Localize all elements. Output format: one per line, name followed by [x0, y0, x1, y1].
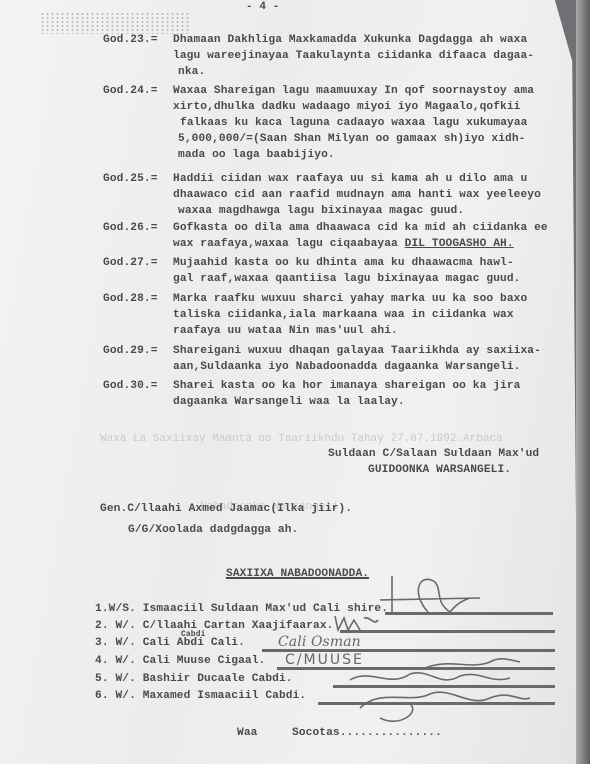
- signature-scribble: [380, 572, 520, 622]
- article-text: lagu wareejinayaa Taakulaynta ciidanka d…: [173, 50, 534, 62]
- handwritten-signature: C/MUUSE: [285, 652, 364, 668]
- signature-scribble: [330, 612, 390, 634]
- article-text: Sharei kasta oo ka hor imanaya shareigan…: [173, 380, 521, 392]
- article-text: xirto,dhulka dadku wadaago miyoi iyo Mag…: [173, 101, 521, 113]
- article-text: Shareigani wuxuu dhaqan galayaa Taariikh…: [173, 345, 541, 357]
- scan-noise: [40, 12, 190, 34]
- footer-prefix: Waa: [237, 727, 257, 739]
- article-text: aan,Suldaanka iyo Nabadoonadda dagaanka …: [173, 361, 521, 373]
- underlined-penalty: DIL TOOGASHO AH.: [405, 238, 514, 250]
- article-text: mada oo laga baabijiyo.: [178, 149, 335, 161]
- article-label: God.27.=: [103, 257, 158, 269]
- signatures-heading: SAXIIXA NABADOONADDA.: [226, 568, 369, 580]
- signature-scribble: [320, 668, 540, 728]
- article-text: nka.: [178, 66, 205, 78]
- article-text: 5,000,000/=(Saan Shan Milyan oo gamaax s…: [178, 133, 526, 145]
- signature-entry: 3. W/. Cali Abdi Cali.: [95, 637, 245, 649]
- article-label: God.25.=: [103, 173, 158, 185]
- signature-entry: 6. W/. Maxamed Ismaaciil Cabdi.: [95, 690, 306, 702]
- witness-name: Gen.C/llaahi Axmed Jaamac(Ilka jiir).: [100, 503, 352, 515]
- article-text: taliska ciidanka,iala markaana waa in ci…: [173, 309, 514, 321]
- article-label: God.28.=: [103, 293, 158, 305]
- article-label: God.29.=: [103, 345, 158, 357]
- article-text: waxaa magdhawga lagu bixinayaa magac guu…: [178, 205, 464, 217]
- signatory-title: GUIDOONKA WARSANGELI.: [368, 464, 511, 476]
- signature-entry: 2. W/. C/llaahi Cartan Xaajifaarax.: [95, 620, 334, 632]
- handwritten-signature: Cali Osman: [278, 634, 361, 650]
- article-text: falkaas ku kaca laguna cadaayo waxaa lag…: [180, 117, 528, 129]
- article-text: Haddii ciidan wax raafaya uu si kama ah …: [173, 173, 527, 185]
- article-label: God.23.=: [103, 34, 158, 46]
- article-text: Gofkasta oo dila ama dhaawaca cid ka mid…: [173, 222, 548, 234]
- witness-role: G/G/Xoolada dadgdagga ah.: [128, 524, 298, 536]
- bleed-through-text: Waxa La Saxiixay Maanta oo Taariikhdu Ta…: [100, 433, 503, 445]
- article-label: God.30.=: [103, 380, 158, 392]
- article-text: dagaanka Warsangeli waa la laalay.: [173, 396, 405, 408]
- article-text: Marka raafku wuxuu sharci yahay marka uu…: [173, 293, 527, 305]
- article-text: Dhamaan Dakhliga Maxkamadda Xukunka Dagd…: [173, 34, 527, 46]
- page-number: - 4 -: [246, 1, 280, 13]
- signatory-name: Suldaan C/Salaan Suldaan Max'ud: [328, 448, 539, 460]
- article-text: raafaya uu wataa Nin mas'uul ahi.: [173, 325, 398, 337]
- article-label: God.26.=: [103, 222, 158, 234]
- article-text-lead: wax raafaya,waxaa lagu ciqaabayaa: [173, 238, 405, 250]
- article-text: wax raafaya,waxaa lagu ciqaabayaa DIL TO…: [173, 238, 514, 250]
- page-edge-shadow: [576, 0, 590, 764]
- article-text: dhaawaco cid aan raafid mudnayn ama hant…: [173, 189, 541, 201]
- signature-entry: 4. W/. Cali Muuse Cigaal.: [95, 655, 265, 667]
- footer-place: Socotas...............: [292, 727, 442, 739]
- article-text: Waxaa Shareigan lagu maamuuxay In qof so…: [173, 85, 534, 97]
- article-text: Mujaahid kasta oo ku dhinta ama ku dhaaw…: [173, 257, 514, 269]
- signature-entry: 5. W/. Bashiir Ducaale Cabdi.: [95, 673, 293, 685]
- article-label: God.24.=: [103, 85, 158, 97]
- article-text: gal raaf,waxaa qaantiisa lagu bixinayaa …: [173, 273, 521, 285]
